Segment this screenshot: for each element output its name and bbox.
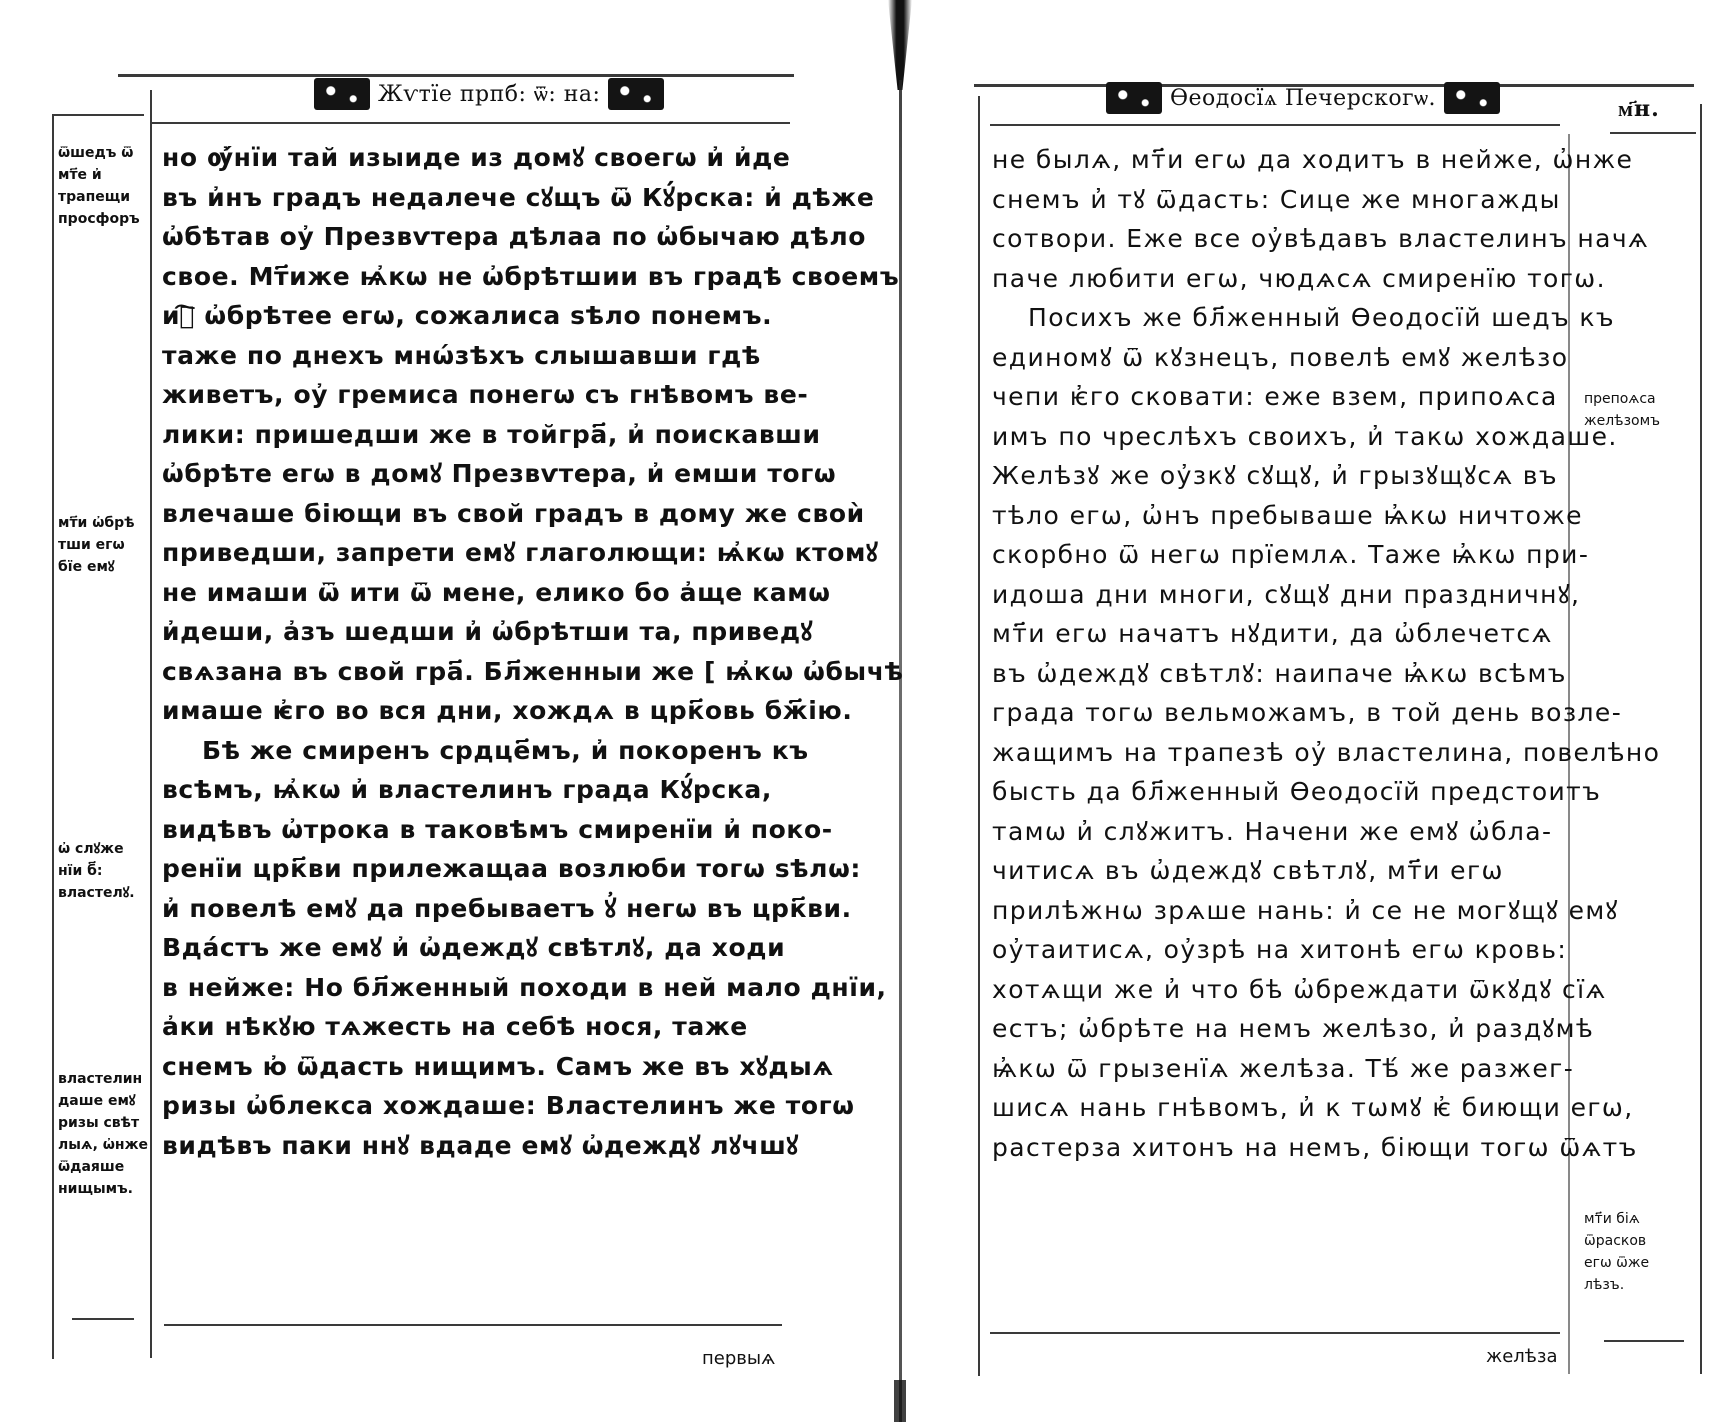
margin-note-line: нїи б҃: [58,860,135,882]
ornament-icon [608,78,664,110]
folio-underline [1610,132,1696,134]
text-line: града тогѡ вельможамъ, в той день возле- [992,693,1660,733]
catchword: первыѧ [702,1348,775,1369]
text-line: сотвори. Еже все оу҆вѣдавъ властелинъ на… [992,219,1660,259]
ornament-icon [314,78,370,110]
text-line: жащимъ на трапезѣ оу҆ властелина, повелѣ… [992,733,1660,773]
text-line: хотѧщи же и҆ что бѣ ѡ҆бреждати ѿкꙋдꙋ сїѧ [992,970,1660,1010]
text-line: тамѡ и҆ слꙋжитъ. Начени же емꙋ ѡ҆бла- [992,812,1660,852]
margin-note-line: ѿшедъ ѿ [58,142,140,164]
text-bottom-rule [990,1332,1560,1334]
text-line: имаше ѥ҆го во вся дни, хождѧ в црк҃овь б… [162,691,903,731]
ornament-icon [1444,82,1500,114]
margin-note: ѡ҆ слꙋже нїи б҃: властелꙋ. [58,838,135,904]
text-line: ренїи црк҃ви прилежащаа возлюби тогѡ ѕѣл… [162,849,903,889]
text-line: оу҆таитисѧ, оу҆зрѣ на хитонѣ егѡ кровь: [992,930,1660,970]
margin-note-line: желѣзомъ [1584,410,1660,432]
running-head-right: Ѳеодосїѧ Печерскогѡ. [1106,82,1500,114]
text-line: приведши, запрети емꙋ глаголющи: ѩ҆кѡ кт… [162,533,903,573]
text-line: свѧзана въ свой гра҃. Бл҃женныи же [ ѩ҆к… [162,652,903,692]
text-line: идоша дни многи, сꙋщꙋ дни праздничнꙋ, [992,575,1660,615]
margin-bottom-rule [1604,1340,1684,1342]
margin-note-line: властелꙋ. [58,882,135,904]
catchword: желѣза [1486,1346,1558,1367]
text-line: ризы ѡ҆блекса хождаше: Властелинъ же тог… [162,1086,903,1126]
margin-note-line: ѿрасков [1584,1230,1649,1252]
margin-note-line: мт҃и біѧ [1584,1208,1649,1230]
running-head-left: Жѵтїе прпб: ѿ: на: [314,78,664,110]
text-line: и҆ повелѣ емꙋ да пребываетъ ꙋ҆ негѡ въ ц… [162,889,903,929]
text-line: лики: пришедши же в тойгра҃, и҆ поискавш… [162,415,903,455]
text-line: читисѧ въ ѡ҆деждꙋ свѣтлꙋ, мт҃и егѡ [992,851,1660,891]
text-line: скорбно ѿ негѡ прїемлѧ. Таже ѩ҆кѡ при- [992,535,1660,575]
text-line: прилѣжнѡ зрѧше нань: и҆ се не могꙋщꙋ емꙋ [992,891,1660,931]
text-line: Желѣзꙋ же оу҆зкꙋ сꙋщꙋ, и҆ грызꙋщꙋсѧ въ [992,456,1660,496]
margin-note-line: бїе емꙋ [58,556,135,578]
margin-note-line: даше емꙋ [58,1090,148,1112]
text-line: растерза хитонъ на немъ, біющи тогѡ ѿѧтъ [992,1128,1660,1168]
text-line: не имаши ѿ ити ѿ мене, елико бо а҆ще кам… [162,573,903,613]
text-line: в нейже: Но бл҃женный походи в ней мало … [162,968,903,1008]
text-line: естъ; ѡ҆брѣте на немъ желѣзо, и҆ раздꙋмѣ [992,1009,1660,1049]
text-line: ѩ҆кѡ ѿ грызенїѧ желѣза. Тѣ́ же разжег- [992,1049,1660,1089]
text-line: Посихъ же бл҃женный Ѳеодосїй шедъ къ [992,298,1660,338]
text-column-left-rule [150,90,152,1358]
text-line: и҆деши, а҆зъ шедши и҆ ѡ҆брѣтши та, приве… [162,612,903,652]
margin-note-line: препоѧса [1584,388,1660,410]
margin-note-line: ѡ҆ слꙋже [58,838,135,860]
right-page-text: не былѧ, мт҃и егѡ да ходитъ в нейже, ѡ҆н… [992,140,1660,1167]
top-rule [118,74,794,77]
text-line: въ и҆нъ градъ недалече сꙋщъ ѿ Кꙋ́рска: и… [162,178,903,218]
text-line: Вда́стъ же емꙋ и҆ ѡ҆деждꙋ свѣтлꙋ, да ход… [162,928,903,968]
margin-note-line: нищымъ. [58,1178,148,1200]
text-line: живетъ, оу҆ гремиса понегѡ съ гнѣвомъ ве… [162,375,903,415]
gutter-shadow-bottom [894,1380,906,1422]
margin-note-line: властелин [58,1068,148,1090]
text-line: видѣвъ паки ннꙋ вдаде емꙋ ѡ҆деждꙋ лꙋчшꙋ [162,1126,903,1166]
margin-top-rule [52,114,144,116]
text-line: но ѹ҆́нїи тай изыиде из домꙋ своегѡ и҆ и… [162,138,903,178]
text-line: всѣмъ, ѩ҆кѡ и҆ властелинъ града Кꙋ́рска, [162,770,903,810]
text-line: тѣло егѡ, ѡ҆нъ пребываше ѩ҆кѡ ничтоже [992,496,1660,536]
text-line: имъ по чреслѣхъ своихъ, и҆ такѡ хождаше. [992,417,1660,457]
margin-note-line: егѡ ѿже [1584,1252,1649,1274]
text-line: единомꙋ ѿ кꙋзнецъ, повелѣ емꙋ желѣзо [992,338,1660,378]
text-line: снемъ и҆ тꙋ ѿдасть: Сице же многажды [992,180,1660,220]
margin-note-line: тши егѡ [58,534,135,556]
text-line: паче любити егѡ, чюдѧсѧ смиренїю тогѡ. [992,259,1660,299]
margin-note-line: просфоръ [58,208,140,230]
text-line: влечаше біющи въ свой градъ в дому же св… [162,494,903,534]
margin-note-line: ѿдаяше [58,1156,148,1178]
outer-margin-rule [1700,104,1702,1374]
text-line: ѡ҆брѣте егѡ в домꙋ Презвѵтера, и҆ емши т… [162,454,903,494]
text-line: не былѧ, мт҃и егѡ да ходитъ в нейже, ѡ҆н… [992,140,1660,180]
margin-note-line: лѣзъ. [1584,1274,1649,1296]
outer-margin-rule [52,114,54,1359]
text-bottom-rule [164,1324,782,1326]
ornament-icon [1106,82,1162,114]
running-head-title: Ѳеодосїѧ Печерскогѡ. [1170,85,1436,111]
left-page-text: но ѹ҆́нїи тай изыиде из домꙋ своегѡ и҆ и… [162,138,903,1165]
header-bottom-rule [990,124,1560,126]
margin-note: мт҃и ѡ҆брѣ тши егѡ бїе емꙋ [58,512,135,578]
margin-note-line: ризы свѣт [58,1112,148,1134]
right-page: Ѳеодосїѧ Печерскогѡ. м҃н. не былѧ, мт҃и … [970,78,1700,1378]
margin-note: препоѧса желѣзомъ [1584,388,1660,432]
text-line: бысть да бл҃женный Ѳеодосїй предстоитъ [992,772,1660,812]
text-line: а҆ки нѣкꙋю тѧжесть на себѣ нося, таже [162,1007,903,1047]
margin-note: ѿшедъ ѿ мт҃е и҆ трапещи просфоръ [58,142,140,230]
left-page: Жѵтїе прпб: ѿ: на: но ѹ҆́нїи тай изыиде … [52,68,792,1408]
manuscript-spread: Жѵтїе прпб: ѿ: на: но ѹ҆́нїи тай изыиде … [0,0,1734,1422]
margin-note: мт҃и біѧ ѿрасков егѡ ѿже лѣзъ. [1584,1208,1649,1296]
text-column-left-rule [978,96,980,1376]
text-line: въ ѡ҆деждꙋ свѣтлꙋ: наипаче ѩ҆кѡ всѣмъ [992,654,1660,694]
header-bottom-rule [150,122,790,124]
margin-note-line: мт҃е и҆ [58,164,140,186]
text-line: иⷭ҇ ѡ҆брѣтее егѡ, сожалиса ѕѣло понемъ. [162,296,903,336]
margin-note-line: мт҃и ѡ҆брѣ [58,512,135,534]
text-line: Бѣ же смиренъ срдце҃мъ, и҆ покоренъ къ [162,731,903,771]
margin-note-line: лыѧ, ѡ҆нже [58,1134,148,1156]
text-line: видѣвъ ѡ҆трока в таковѣмъ смиренїи и҆ по… [162,810,903,850]
text-line: снемъ ю҆ ѿдасть нищимъ. Самъ же въ хꙋдыѧ [162,1047,903,1087]
text-line: мт҃и егѡ начатъ нꙋдити, да ѡ҆блечетсѧ [992,614,1660,654]
gutter-shadow [888,0,912,90]
margin-bottom-rule [72,1318,134,1320]
margin-note-line: трапещи [58,186,140,208]
folio-number: м҃н. [1618,96,1660,122]
text-line: шисѧ нань гнѣвомъ, и҆ к тѡмꙋ ѥ҆ биющи ег… [992,1088,1660,1128]
text-line: чепи ѥ҆го сковати: еже взем, припоѧса [992,377,1660,417]
text-line: ѡ҆бѣтав оу҆ Презвѵтера дѣлаа по ѡ҆бычаю … [162,217,903,257]
text-line: таже по днехъ мнѡ́зѣхъ слышавши гдѣ [162,336,903,376]
running-head-title: Жѵтїе прпб: ѿ: на: [378,81,600,107]
text-line: свое. Мт҃иже ѩ҆кѡ не ѡ҆брѣтшии въ градѣ … [162,257,903,297]
margin-note: властелин даше емꙋ ризы свѣт лыѧ, ѡ҆нже … [58,1068,148,1200]
